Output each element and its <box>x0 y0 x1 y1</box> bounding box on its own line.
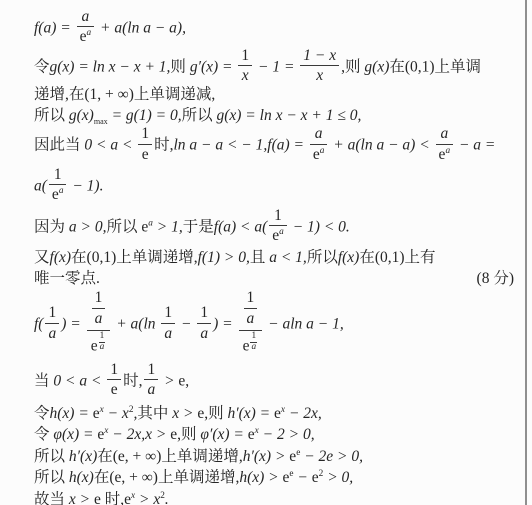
fraction: 1e <box>138 125 152 163</box>
text-line: 当 0 < a < 1e时,1a > e, <box>34 363 514 401</box>
text-line: 因此当 0 < a < 1e时,ln a − a < − 1,f(a) = ae… <box>34 127 514 165</box>
math-text: − 2x, <box>285 405 322 422</box>
plain-text: 在(e, + ∞)上单调递增, <box>97 448 243 465</box>
plain-text: 所以 <box>34 107 69 124</box>
fraction: 1a <box>250 332 257 353</box>
plain-text: ,则 <box>341 58 364 75</box>
plain-text: 时, <box>154 137 173 154</box>
math-text: a <box>440 125 448 142</box>
text-line: 递增,在(1, + ∞)上单调递减, <box>34 85 514 105</box>
superscript: 1a <box>249 338 258 348</box>
math-text: h′(x) = <box>227 405 274 422</box>
math-text: a <box>48 325 56 342</box>
math-text: − <box>294 469 312 486</box>
fraction: 1ae1a <box>239 291 263 355</box>
text-line: a(1ea − 1). <box>34 168 514 206</box>
math-text: x > <box>69 491 94 505</box>
plain-text: e <box>142 146 149 163</box>
plain-text: max <box>94 117 108 126</box>
math-text: 1 − x <box>303 47 336 64</box>
superscript: 1a <box>98 338 107 348</box>
plain-text: 当 <box>34 372 53 389</box>
math-text: a <box>200 325 208 342</box>
math-text: + a(ln a − a), <box>96 19 186 36</box>
score-note: (8 分) <box>477 269 514 289</box>
plain-text: 时, <box>123 372 142 389</box>
math-text: a <box>247 310 255 327</box>
plain-text: 1 <box>110 361 118 378</box>
plain-text: (8 分) <box>477 270 514 287</box>
math-text: a > 0, <box>69 218 107 235</box>
plain-text: e <box>274 405 281 422</box>
math-text: 0 < a < <box>84 137 136 154</box>
plain-text: 1 <box>147 361 155 378</box>
math-text: > <box>160 372 178 389</box>
fraction: aea <box>436 125 454 163</box>
math-text: g(x) <box>69 107 94 124</box>
fraction: 1ea <box>49 166 67 204</box>
document-body: f(a) = aea + a(ln a − a),令g(x) = ln x − … <box>34 6 514 505</box>
math-text: x > <box>172 405 197 422</box>
text-line: f(1a) = 1ae1a + a(ln 1a − 1a) = 1ae1a − … <box>34 293 514 357</box>
text-line: 令 φ(x) = ex − 2x,x > e,则 φ′(x) = ex − 2 … <box>34 425 514 445</box>
plain-text: 1 <box>251 331 256 341</box>
text-line: 所以 h′(x)在(e, + ∞)上单调递增,h′(x) > ee − 2e >… <box>34 447 514 467</box>
math-text: ) = <box>213 316 236 333</box>
math-text: + a(ln a − a) < <box>329 137 433 154</box>
math-text: − 2x,x > <box>108 426 170 443</box>
text-line: 故当 x > e 时,ex > x2. <box>34 490 514 505</box>
fraction: 1a <box>45 304 59 342</box>
plain-text: e,则 <box>197 405 227 422</box>
math-text: . <box>165 491 169 505</box>
math-text: > 1, <box>153 218 183 235</box>
fraction: 1a <box>99 332 106 353</box>
math-text: f(x) <box>50 249 72 266</box>
fraction: 1a <box>144 361 158 399</box>
superscript: a <box>320 146 325 156</box>
math-text: + a(ln <box>112 316 159 333</box>
plain-text: 所以 e <box>106 218 148 235</box>
math-text: > 0, <box>323 469 353 486</box>
plain-text: e 时,e <box>94 491 131 505</box>
math-text: f( <box>34 316 43 333</box>
math-text: g(x) = ln x − x + 1 ≤ 0, <box>216 107 361 124</box>
text-line: 又f(x)在(0,1)上单调递增,f(1) > 0,且 a < 1,所以f(x)… <box>34 248 514 268</box>
math-text: x <box>316 67 323 84</box>
plain-text: e, <box>178 372 189 389</box>
math-text: ln a − a < − 1,f(a) = <box>173 137 307 154</box>
text-line: f(a) = aea + a(ln a − a), <box>34 10 514 48</box>
plain-text: 则 <box>170 58 189 75</box>
scanned-math-solution-page: f(a) = aea + a(ln a − a),令g(x) = ln x − … <box>0 0 532 505</box>
math-text: a <box>164 325 172 342</box>
math-text: h(x) > <box>239 469 282 486</box>
plain-text: 1 <box>164 304 172 321</box>
math-text: a < 1, <box>269 249 307 266</box>
plain-text: 递增,在(1, + ∞)上单调递减, <box>34 86 215 103</box>
math-text: f(x) <box>338 249 360 266</box>
fraction: 1 − xx <box>300 47 339 85</box>
plain-text: e <box>93 405 100 422</box>
plain-text: e <box>52 186 59 203</box>
math-text: g′(x) = <box>190 58 237 75</box>
math-text: x <box>242 67 249 84</box>
math-text: a <box>147 381 155 398</box>
plain-text: e <box>91 338 98 355</box>
math-text: h(x) <box>69 469 94 486</box>
math-text: a <box>279 227 284 237</box>
plain-text: 1 <box>274 207 282 224</box>
superscript: a <box>279 227 284 237</box>
math-text: − aln a − 1, <box>264 316 343 333</box>
math-text: a <box>251 342 256 352</box>
math-text: − x <box>104 405 129 422</box>
math-text: a <box>86 28 91 38</box>
math-text: − <box>177 316 195 333</box>
plain-text: 所以 <box>34 448 69 465</box>
plain-text: 令 <box>34 58 50 75</box>
math-text: a <box>320 146 325 156</box>
plain-text: 又 <box>34 249 50 266</box>
math-text: a <box>81 8 89 25</box>
fraction: 1ea <box>269 207 287 245</box>
math-text: h′(x) <box>69 448 97 465</box>
math-text: g(x) <box>364 58 389 75</box>
text-line: 令h(x) = ex − x2,其中 x > e,则 h′(x) = ex − … <box>34 404 514 424</box>
math-text: − 1 = <box>254 58 298 75</box>
plain-text: 令 <box>34 405 50 422</box>
plain-text: 所以 <box>307 249 338 266</box>
plain-text: 且 <box>250 249 269 266</box>
fraction: 1a <box>161 304 175 342</box>
fraction: 1a <box>244 289 258 327</box>
plain-text: 在(0,1)上有 <box>359 249 435 266</box>
math-text: a( <box>34 177 47 194</box>
fraction: 1ae1a <box>87 291 111 355</box>
math-text: ) = <box>61 316 84 333</box>
math-text: a <box>100 342 105 352</box>
math-text: h(x) = <box>50 405 93 422</box>
plain-text: 因为 <box>34 218 69 235</box>
math-text: f(a) = <box>34 19 75 36</box>
math-text: f(a) < a( <box>214 218 268 235</box>
text-line: 所以 g(x)max = g(1) = 0,所以 g(x) = ln x − x… <box>34 106 514 126</box>
plain-text: 其中 <box>137 405 172 422</box>
plain-text: 因此当 <box>34 137 84 154</box>
plain-text: e <box>248 426 255 443</box>
plain-text: 故当 <box>34 491 69 505</box>
plain-text: 于是 <box>183 218 214 235</box>
plain-text: 1 <box>54 166 62 183</box>
math-text: = g(1) = 0, <box>108 107 182 124</box>
math-text: h′(x) > <box>243 448 290 465</box>
math-text: g(x) = ln x − x + 1, <box>50 58 171 75</box>
plain-text: e,则 <box>170 426 200 443</box>
plain-text: e <box>313 146 320 163</box>
text-line: (8 分)唯一零点. <box>34 269 514 289</box>
fraction: aea <box>310 125 328 163</box>
plain-text: 1 <box>100 331 105 341</box>
plain-text: 1 <box>141 125 149 142</box>
plain-text: 令 <box>34 426 53 443</box>
fraction: 1a <box>92 289 106 327</box>
superscript: a <box>445 146 450 156</box>
page-edge-line <box>525 0 527 505</box>
math-text: − 2 > 0, <box>259 426 315 443</box>
fraction: 1a <box>197 304 211 342</box>
plain-text: 1 <box>95 289 103 306</box>
math-text: > x <box>135 491 160 505</box>
math-text: a <box>59 186 64 196</box>
text-line: 因为 a > 0,所以 ea > 1,于是f(a) < a(1ea − 1) <… <box>34 209 514 247</box>
fraction: 1e <box>107 361 121 399</box>
plain-text: 1 <box>200 304 208 321</box>
plain-text: 1 <box>247 289 255 306</box>
plain-text: 在(e, + ∞)上单调递增, <box>94 469 240 486</box>
math-text: − 1). <box>68 177 103 194</box>
plain-text: 在(0,1)上单调递增, <box>71 249 198 266</box>
text-line: 令g(x) = ln x − x + 1,则 g′(x) = 1x − 1 = … <box>34 49 514 87</box>
math-text: 0 < a < <box>53 372 105 389</box>
math-text: φ(x) = <box>53 426 97 443</box>
math-text: a <box>315 125 323 142</box>
plain-text: e <box>111 381 118 398</box>
math-text: a <box>445 146 450 156</box>
fraction: 1x <box>238 47 252 85</box>
math-text: − 1) < 0. <box>289 218 350 235</box>
plain-text: 1 <box>241 47 249 64</box>
plain-text: 所以 <box>34 469 69 486</box>
plain-text: e <box>312 469 319 486</box>
superscript: a <box>59 186 64 196</box>
plain-text: 在(0,1)上单调 <box>389 58 481 75</box>
plain-text: 唯一零点. <box>34 270 100 287</box>
math-text: a <box>95 310 103 327</box>
text-line: 所以 h(x)在(e, + ∞)上单调递增,h(x) > ee − e2 > 0… <box>34 468 514 488</box>
math-text: − a = <box>455 137 495 154</box>
math-text: f(1) > 0, <box>198 249 250 266</box>
subscript: max <box>94 117 108 126</box>
superscript: a <box>86 28 91 38</box>
math-text: − 2e > 0, <box>300 448 363 465</box>
math-text: φ′(x) = <box>200 426 247 443</box>
plain-text: 所以 <box>182 107 217 124</box>
plain-text: 1 <box>48 304 56 321</box>
fraction: aea <box>77 8 95 46</box>
